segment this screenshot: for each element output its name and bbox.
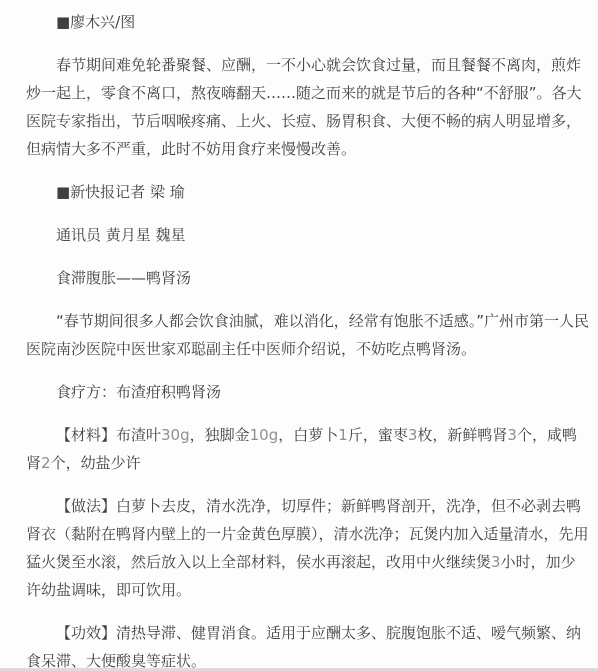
- photo-credit: ■廖木兴/图: [26, 8, 590, 36]
- recipe-title: 食疗方：布渣疳积鸭肾汤: [26, 378, 590, 406]
- article-body: ■廖木兴/图 春节期间难免轮番聚餐、应酬，一不小心就会饮食过量，而且餐餐不离肉，…: [0, 0, 598, 671]
- correspondent-byline: 通讯员 黄月星 魏星: [26, 221, 590, 249]
- method-paragraph: 【做法】白萝卜去皮，清水洗净，切厚件；新鲜鸭肾剖开，洗净，但不必剥去鸭肾衣（黏附…: [26, 492, 590, 604]
- efficacy-paragraph: 【功效】清热导滞、健胃消食。适用于应酬太多、脘腹饱胀不适、嗳气频繁、纳食呆滞、大…: [26, 619, 590, 671]
- reporter-byline: ■新快报记者 梁 瑜: [26, 178, 590, 206]
- section-heading: 食滞腹胀——鸭肾汤: [26, 264, 590, 292]
- intro-paragraph: 春节期间难免轮番聚餐、应酬，一不小心就会饮食过量，而且餐餐不离肉，煎炸炒一起上，…: [26, 51, 590, 163]
- expert-quote-paragraph: “春节期间很多人都会饮食油腻，难以消化，经常有饱胀不适感。”广州市第一人民医院南…: [26, 307, 590, 363]
- ingredients-paragraph: 【材料】布渣叶30g，独脚金10g，白萝卜1斤，蜜枣3枚，新鲜鸭肾3个，咸鸭肾2…: [26, 421, 590, 477]
